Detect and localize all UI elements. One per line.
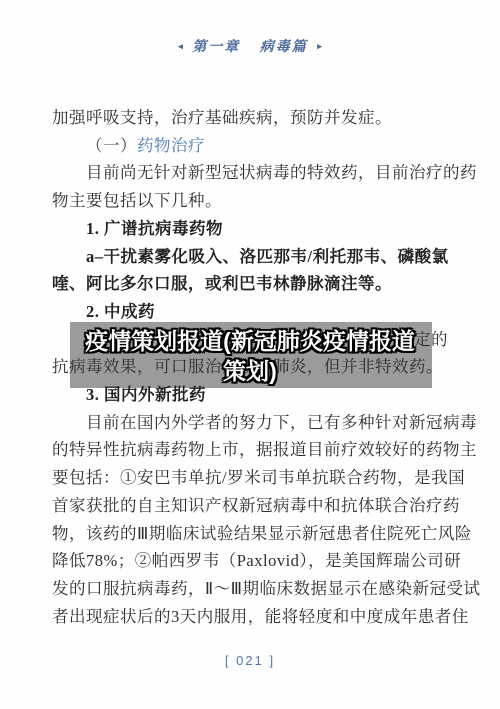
text-line: 的特异性抗病毒药物上市，据报道目前疗效较好的药物主 [52,436,462,464]
text-line: 物，该药的Ⅲ期临床试验结果显示新冠患者住院死亡风险 [52,520,462,548]
sub-heading-prefix: （一） [86,136,137,155]
text-line: 加强呼吸支持，治疗基础疾病，预防并发症。 [52,104,462,132]
text-line: 要包括：①安巴韦单抗/罗米司韦单抗联合药物，是我国 [52,464,462,492]
text-line: 目前在国内外学者的努力下，已有多种针对新冠病毒 [52,409,462,437]
text-line: 者出现症状后的3天内服用，能将轻度和中度成年患者住 [52,603,462,631]
chapter-label: 第一章 [192,40,240,55]
sub-heading-label: 药物治疗 [137,136,205,155]
left-arrow-icon: ◂ [174,41,187,51]
text-line: 喹、阿比多尔口服，或利巴韦林静脉滴注等。 [52,270,462,298]
text-line: 降低78%；②帕西罗韦（Paxlovid），是美国辉瑞公司研 [52,547,462,575]
text-line: 发的口服抗病毒药，Ⅱ～Ⅲ期临床数据显示在感染新冠受试 [52,575,462,603]
text-line: 2. 中成药 [52,298,462,326]
text-line: 目前尚无针对新型冠状病毒的特效药，目前治疗的药 [52,159,462,187]
page-number: [ 021 ] [0,653,500,668]
text-line: a–干扰素雾化吸入、洛匹那韦/利托那韦、磷酸氯 [52,243,462,271]
book-page: ◂ 第一章 病毒篇 ▸ 加强呼吸支持，治疗基础疾病，预防并发症。（一）药物治疗目… [0,0,500,709]
running-header: ◂ 第一章 病毒篇 ▸ [0,36,500,56]
right-arrow-icon: ▸ [313,41,326,51]
text-line: 首家获批的自主知识产权新冠病毒中和抗体联合治疗药 [52,492,462,520]
section-label: 病毒篇 [260,40,308,55]
text-line: 物主要包括以下几种。 [52,187,462,215]
overlay-title: 疫情策划报道(新冠肺炎疫情报道策划) [80,326,420,386]
text-line: （一）药物治疗 [52,132,462,160]
text-line: 1. 广谱抗病毒药物 [52,215,462,243]
